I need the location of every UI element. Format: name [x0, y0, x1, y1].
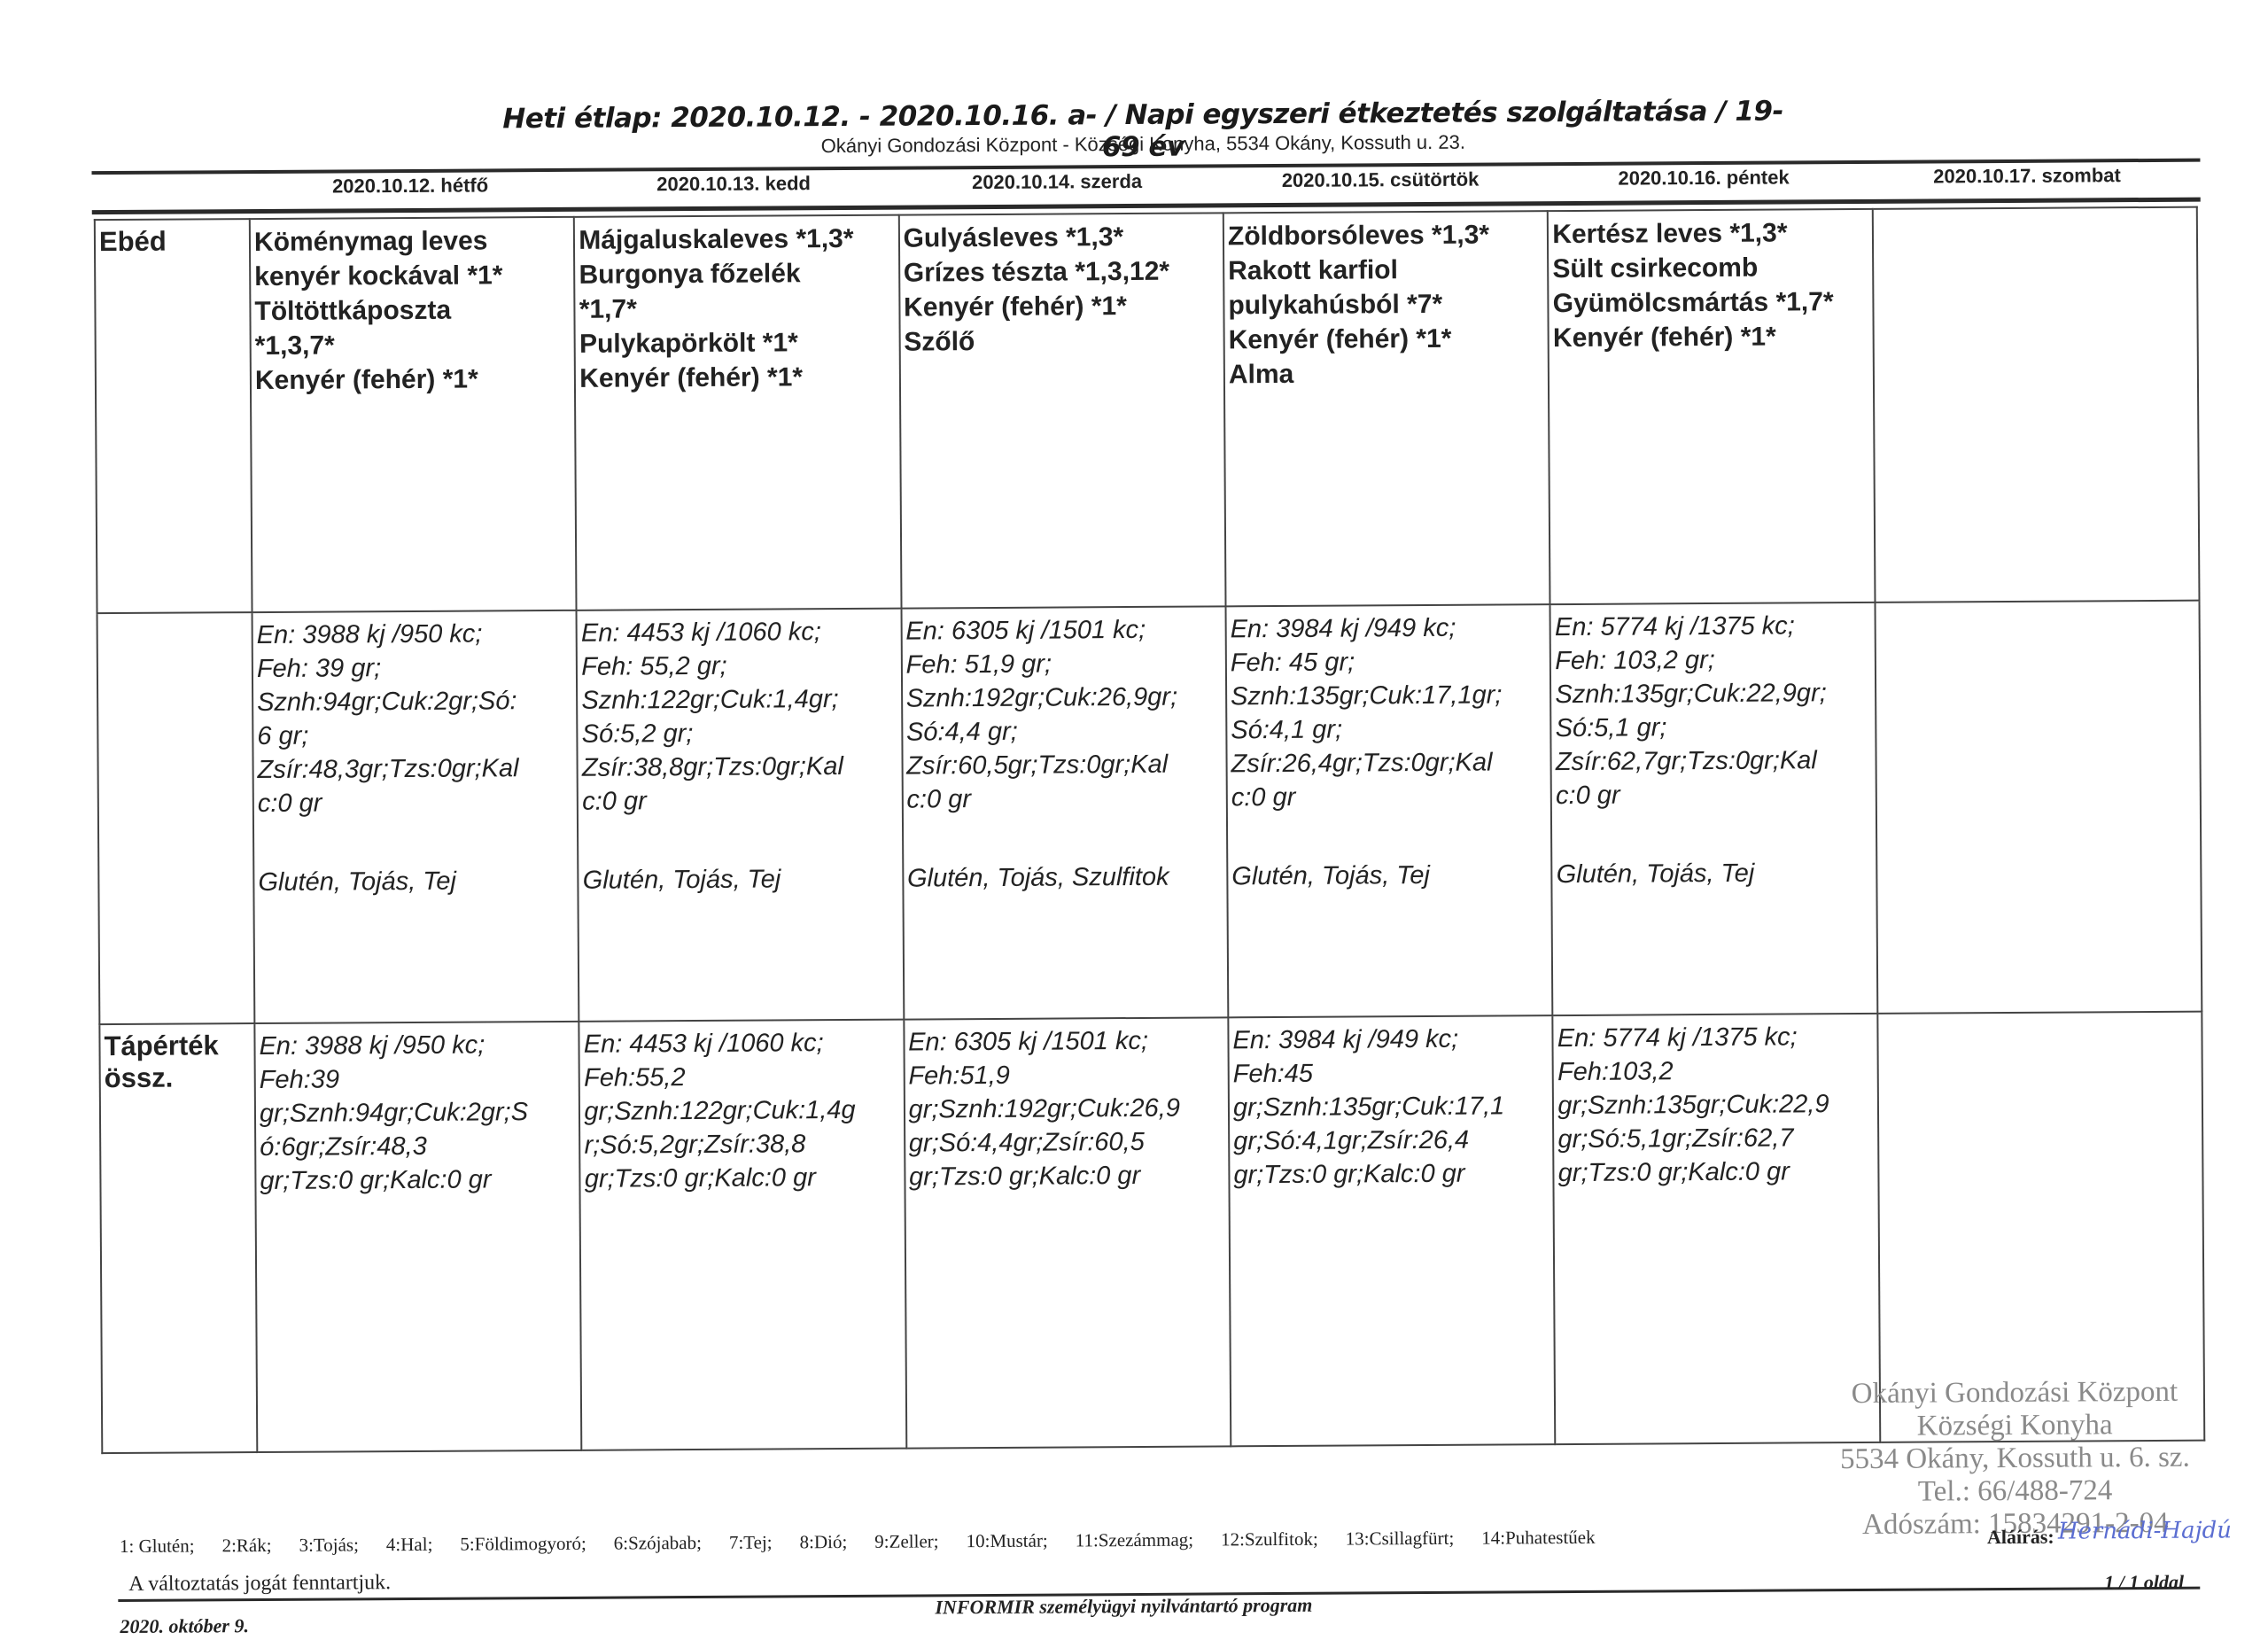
text-line: Okányi Gondozási Központ	[1767, 1375, 2263, 1411]
nutrition-cell: En: 3988 kj /950 kc;Feh: 39 gr;Sznh:94gr…	[252, 610, 579, 1023]
text-line: *1,3,7*	[255, 327, 571, 363]
totals-cell: En: 6305 kj /1501 kc;Feh:51,9gr;Sznh:192…	[904, 1017, 1231, 1448]
allergen-legend-item: 7:Tej;	[729, 1532, 773, 1553]
handwritten-signature: Hernádi-Hajdú	[2058, 1517, 2232, 1544]
text-line: Pulykapörkölt *1*	[579, 325, 896, 361]
text-line: Kenyér (fehér) *1*	[1229, 321, 1545, 357]
signature-label: Aláírás:	[1987, 1526, 2054, 1549]
text-line: Feh:103,2	[1557, 1053, 1874, 1089]
text-line: gr;Sznh:122gr;Cuk:1,4g	[584, 1093, 900, 1129]
text-line: Kenyér (fehér) *1*	[255, 361, 571, 398]
text-line: Feh:45	[1233, 1055, 1550, 1091]
text-line: gr;Só:4,4gr;Zsír:60,5	[909, 1124, 1225, 1160]
row-label-totals: Tápérték össz.	[99, 1023, 257, 1453]
allergen-legend-item: 1: Glutén;	[120, 1535, 195, 1557]
allergen-legend-item: 12:Szulfitok;	[1221, 1528, 1318, 1551]
text-line: gr;Tzs:0 gr;Kalc:0 gr	[1233, 1156, 1550, 1192]
text-line: Kenyér (fehér) *1*	[904, 288, 1220, 324]
allergen-legend-item: 10:Mustár;	[966, 1530, 1047, 1552]
totals-cell: En: 3988 kj /950 kc;Feh:39gr;Sznh:94gr;C…	[254, 1022, 581, 1452]
text-line: En: 4453 kj /1060 kc;	[584, 1026, 900, 1061]
print-date: 2020. október 9.	[120, 1614, 249, 1638]
text-line: gr;Sznh:135gr;Cuk:17,1	[1233, 1089, 1550, 1124]
nutrition-values: En: 3988 kj /950 kc;Feh: 39 gr;Sznh:94gr…	[257, 617, 574, 820]
nutrition-values: En: 4453 kj /1060 kc;Feh: 55,2 gr;Sznh:1…	[581, 615, 898, 819]
menu-document: Heti étlap: 2020.10.12. - 2020.10.16. a-…	[0, 0, 2268, 1648]
allergen-legend-item: 5:Földimogyoró;	[460, 1533, 586, 1555]
text-line: gr;Só:5,1gr;Zsír:62,7	[1557, 1121, 1874, 1156]
text-line: Zöldborsóleves *1,3*	[1228, 217, 1544, 253]
lunch-cell: Zöldborsóleves *1,3*Rakott karfiolpulyka…	[1223, 211, 1550, 606]
text-line: Feh:51,9	[908, 1057, 1224, 1092]
allergen-list: Glutén, Tojás, Tej	[1557, 859, 1873, 890]
text-line: gr;Sznh:135gr;Cuk:22,9	[1557, 1087, 1874, 1123]
text-line: gr;Tzs:0 gr;Kalc:0 gr	[585, 1161, 901, 1196]
lunch-cell: Kertész leves *1,3*Sült csirkecombGyümöl…	[1548, 209, 1875, 604]
text-line: Községi Konyha	[1767, 1408, 2263, 1443]
change-notice: A változtatás jogát fenntartjuk.	[128, 1571, 391, 1597]
text-line: Kenyér (fehér) *1*	[579, 360, 896, 396]
allergen-legend-item: 14:Puhatestűek	[1481, 1527, 1595, 1549]
nutrition-values	[1879, 607, 2194, 609]
allergen-list: Glutén, Tojás, Szulfitok	[907, 862, 1223, 893]
allergen-legend-item: 4:Hal;	[386, 1534, 433, 1555]
row-label-lunch: Ebéd	[95, 219, 252, 613]
nutrition-values: En: 5774 kj /1375 kc;Feh: 103,2 gr;Sznh:…	[1555, 609, 1872, 812]
text-line: r;Só:5,2gr;Zsír:38,8	[584, 1127, 900, 1162]
nutrition-values: En: 6305 kj /1501 kc;Feh: 51,9 gr;Sznh:1…	[905, 612, 1223, 816]
nutrition-cell: En: 4453 kj /1060 kc;Feh: 55,2 gr;Sznh:1…	[577, 609, 904, 1022]
allergen-legend-item: 9:Zeller;	[874, 1530, 938, 1551]
text-line: pulykahúsból *7*	[1228, 286, 1544, 323]
text-line: En: 6305 kj /1501 kc;	[908, 1023, 1224, 1059]
allergen-list: Glutén, Tojás, Tej	[583, 865, 899, 896]
allergen-list: Glutén, Tojás, Tej	[1231, 860, 1548, 891]
text-line: Alma	[1229, 355, 1545, 392]
text-line: Tel.: 66/488-724	[1767, 1473, 2264, 1509]
lunch-cell	[1872, 207, 2199, 602]
text-line: *1,7*	[579, 291, 896, 327]
day-header: 2020.10.12. hétfő	[249, 174, 572, 206]
day-header: 2020.10.17. szombat	[1865, 164, 2188, 196]
day-header: 2020.10.16. péntek	[1542, 166, 1865, 198]
allergen-list: Glutén, Tojás, Tej	[258, 867, 574, 898]
text-line: gr;Sznh:192gr;Cuk:26,9	[909, 1091, 1225, 1126]
text-line: Köménymag leves	[254, 223, 571, 260]
page-number: 1 / 1 oldal	[2104, 1571, 2184, 1595]
text-line: Grízes tészta *1,3,12*	[904, 253, 1220, 290]
text-line: gr;Tzs:0 gr;Kalc:0 gr	[1558, 1154, 1875, 1190]
text-line: Feh:55,2	[584, 1060, 900, 1095]
text-line: ó:6gr;Zsír:48,3	[260, 1129, 576, 1164]
text-line: Kertész leves *1,3*	[1552, 215, 1868, 252]
text-line: 5534 Okány, Kossuth u. 6. sz.	[1767, 1441, 2263, 1476]
text-line: Gyümölcsmártás *1,7*	[1553, 284, 1869, 321]
allergen-legend-item: 2:Rák;	[221, 1535, 271, 1556]
text-line: Töltöttkáposzta	[254, 292, 571, 329]
text-line: gr;Sznh:94gr;Cuk:2gr;S	[260, 1095, 576, 1131]
text-line: Szőlő	[904, 323, 1220, 359]
nutrition-cell: En: 5774 kj /1375 kc;Feh: 103,2 gr;Sznh:…	[1550, 602, 1877, 1015]
lunch-row: Ebéd Köménymag leveskenyér kockával *1*T…	[95, 207, 2200, 613]
text-line: Rakott karfiol	[1228, 252, 1544, 288]
nutrition-cell: En: 3984 kj /949 kc;Feh: 45 gr;Sznh:135g…	[1225, 604, 1552, 1017]
text-line: Májgaluskaleves *1,3*	[579, 222, 895, 258]
allergen-legend-item: 8:Dió;	[800, 1531, 848, 1552]
totals-cell: En: 4453 kj /1060 kc;Feh:55,2gr;Sznh:122…	[579, 1020, 906, 1450]
text-line: Kenyér (fehér) *1*	[1553, 319, 1869, 355]
text-line: Gulyásleves *1,3*	[903, 219, 1219, 255]
nutrition-row: En: 3988 kj /950 kc;Feh: 39 gr;Sznh:94gr…	[97, 601, 2202, 1024]
nutrition-cell	[1875, 601, 2202, 1014]
day-header: 2020.10.15. csütörtök	[1218, 167, 1542, 199]
text-line: Burgonya főzelék	[579, 256, 895, 292]
text-line: En: 5774 kj /1375 kc;	[1557, 1020, 1874, 1055]
lunch-cell: Gulyásleves *1,3*Grízes tészta *1,3,12*K…	[898, 213, 1225, 608]
weekly-menu-table: Ebéd Köménymag leveskenyér kockával *1*T…	[94, 206, 2205, 1454]
text-line: Sült csirkecomb	[1552, 250, 1868, 286]
day-header: 2020.10.14. szerda	[895, 169, 1218, 201]
nutrition-cell: En: 6305 kj /1501 kc;Feh: 51,9 gr;Sznh:1…	[901, 606, 1228, 1019]
allergen-legend-item: 6:Szójabab;	[614, 1532, 702, 1554]
allergen-legend-item: 3:Tojás;	[299, 1534, 359, 1555]
row-label-empty	[97, 612, 255, 1024]
text-line: gr;Tzs:0 gr;Kalc:0 gr	[260, 1162, 576, 1198]
allergen-legend-item: 11:Szezámmag;	[1076, 1529, 1193, 1551]
totals-cell: En: 3984 kj /949 kc;Feh:45gr;Sznh:135gr;…	[1228, 1015, 1555, 1446]
text-line: Feh:39	[260, 1061, 576, 1097]
nutrition-values: En: 3984 kj /949 kc;Feh: 45 gr;Sznh:135g…	[1231, 610, 1548, 814]
program-name: INFORMIR személyügyi nyilvántartó progra…	[935, 1594, 1312, 1620]
lunch-cell: Májgaluskaleves *1,3*Burgonya főzelék*1,…	[574, 215, 901, 610]
lunch-cell: Köménymag leveskenyér kockával *1*Töltöt…	[250, 217, 577, 612]
text-line: En: 3988 kj /950 kc;	[259, 1028, 575, 1063]
text-line: En: 3984 kj /949 kc;	[1232, 1022, 1549, 1057]
text-line: kenyér kockával *1*	[254, 258, 571, 294]
text-line: gr;Só:4,1gr;Zsír:26,4	[1233, 1123, 1550, 1158]
allergen-legend-item: 13:Csillagfürt;	[1346, 1528, 1455, 1550]
day-header: 2020.10.13. kedd	[572, 172, 896, 204]
text-line: gr;Tzs:0 gr;Kalc:0 gr	[909, 1158, 1225, 1193]
allergen-legend: 1: Glutén;2:Rák;3:Tojás;4:Hal;5:Földimog…	[120, 1527, 1623, 1558]
